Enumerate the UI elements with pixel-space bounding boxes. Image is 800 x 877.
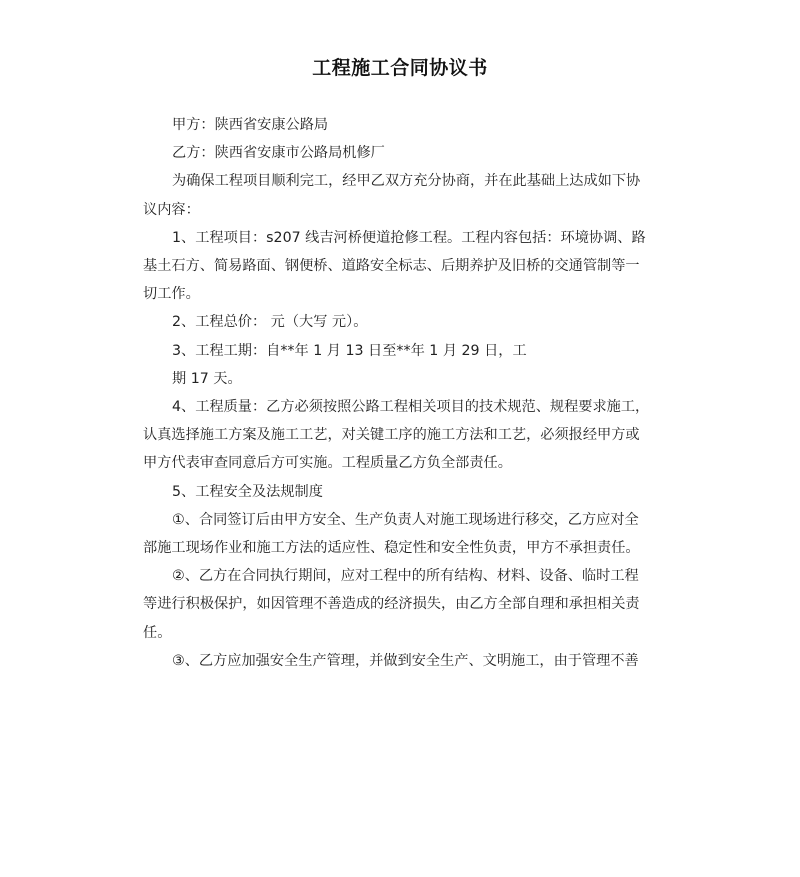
clause-5-item-1-line-1: ①、合同签订后由甲方安全、生产负责人对施工现场进行移交，乙方应对全	[143, 506, 655, 534]
preamble-paragraph: 为确保工程项目顺利完工，经甲乙双方充分协商，并在此基础上达成如下协 议内容：	[143, 167, 655, 223]
party-a-paragraph: 甲方：陕西省安康公路局	[143, 111, 655, 139]
clause-5-item-2-line-2: 等进行积极保护，如因管理不善造成的经济损失，由乙方全部自理和承担相关责	[143, 590, 655, 618]
clause-5-item-1-paragraph: ①、合同签订后由甲方安全、生产负责人对施工现场进行移交，乙方应对全 部施工现场作…	[143, 506, 655, 562]
clause-1-line-2: 基土石方、简易路面、钢便桥、道路安全标志、后期养护及旧桥的交通管制等一	[143, 252, 655, 280]
clause-4-line-1: 4、工程质量：乙方必须按照公路工程相关项目的技术规范、规程要求施工，	[143, 393, 655, 421]
clause-3-paragraph: 3、工程工期：自**年 1 月 13 日至**年 1 月 29 日，工 期 17…	[143, 337, 655, 393]
clause-2-line-1: 2、工程总价： 元（大写 元）。	[143, 308, 655, 336]
clause-4-paragraph: 4、工程质量：乙方必须按照公路工程相关项目的技术规范、规程要求施工， 认真选择施…	[143, 393, 655, 478]
clause-3-line-1: 3、工程工期：自**年 1 月 13 日至**年 1 月 29 日，工	[143, 337, 655, 365]
clause-3-line-2: 期 17 天。	[143, 365, 655, 393]
party-b-paragraph: 乙方：陕西省安康市公路局机修厂	[143, 139, 655, 167]
document-title: 工程施工合同协议书	[0, 54, 800, 82]
preamble-line-1: 为确保工程项目顺利完工，经甲乙双方充分协商，并在此基础上达成如下协	[143, 167, 655, 195]
party-b-line: 乙方：陕西省安康市公路局机修厂	[143, 139, 655, 167]
document-body: 甲方：陕西省安康公路局 乙方：陕西省安康市公路局机修厂 为确保工程项目顺利完工，…	[143, 111, 655, 675]
clause-1-line-1: 1、工程项目：s207 线吉河桥便道抢修工程。工程内容包括：环境协调、路	[143, 224, 655, 252]
preamble-line-2: 议内容：	[143, 196, 655, 224]
clause-5-item-1-line-2: 部施工现场作业和施工方法的适应性、稳定性和安全性负责，甲方不承担责任。	[143, 534, 655, 562]
party-a-line: 甲方：陕西省安康公路局	[143, 111, 655, 139]
clause-4-line-3: 甲方代表审查同意后方可实施。工程质量乙方负全部责任。	[143, 449, 655, 477]
clause-2-paragraph: 2、工程总价： 元（大写 元）。	[143, 308, 655, 336]
clause-4-line-2: 认真选择施工方案及施工工艺，对关键工序的施工方法和工艺，必须报经甲方或	[143, 421, 655, 449]
clause-5-heading: 5、工程安全及法规制度	[143, 478, 655, 506]
clause-5-item-2-line-3: 任。	[143, 619, 655, 647]
clause-1-line-3: 切工作。	[143, 280, 655, 308]
clause-5-item-2-paragraph: ②、乙方在合同执行期间，应对工程中的所有结构、材料、设备、临时工程 等进行积极保…	[143, 562, 655, 647]
clause-5-item-2-line-1: ②、乙方在合同执行期间，应对工程中的所有结构、材料、设备、临时工程	[143, 562, 655, 590]
clause-5-item-3-line-1: ③、乙方应加强安全生产管理，并做到安全生产、文明施工，由于管理不善	[143, 647, 655, 675]
clause-5-paragraph: 5、工程安全及法规制度	[143, 478, 655, 506]
document-page: 工程施工合同协议书 甲方：陕西省安康公路局 乙方：陕西省安康市公路局机修厂 为确…	[0, 0, 800, 877]
clause-1-paragraph: 1、工程项目：s207 线吉河桥便道抢修工程。工程内容包括：环境协调、路 基土石…	[143, 224, 655, 309]
clause-5-item-3-paragraph: ③、乙方应加强安全生产管理，并做到安全生产、文明施工，由于管理不善	[143, 647, 655, 675]
